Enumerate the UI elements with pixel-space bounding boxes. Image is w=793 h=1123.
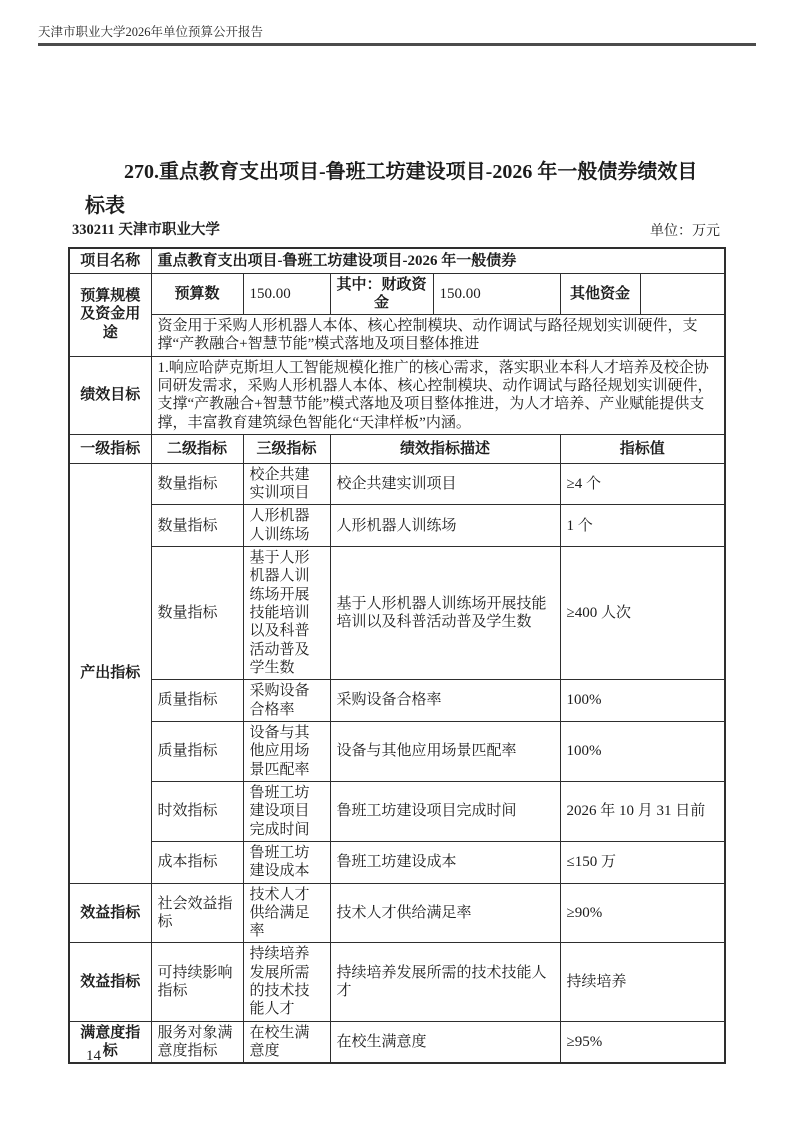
header-level3: 三级指标 bbox=[243, 434, 330, 463]
budget-section-label: 预算规模及资金用途 bbox=[69, 273, 151, 356]
level3-indicator-cell: 人形机器人训练场 bbox=[243, 505, 330, 547]
level3-indicator-cell: 采购设备合格率 bbox=[243, 680, 330, 722]
usage-row: 资金用于采购人形机器人本体、核心控制模块、动作调试与路径规划实训硬件，支撑“产教… bbox=[69, 315, 725, 357]
level2-indicator-cell: 社会效益指标 bbox=[151, 883, 243, 943]
other-funds-value bbox=[640, 273, 725, 315]
indicator-desc-cell: 设备与其他应用场景匹配率 bbox=[330, 722, 560, 782]
indicator-row: 数量指标基于人形机器人训练场开展技能培训以及科普活动普及学生数基于人形机器人训练… bbox=[69, 547, 725, 680]
level1-indicator-cell: 效益指标 bbox=[69, 943, 151, 1021]
report-page: 天津市职业大学2026年单位预算公开报告 270.重点教育支出项目-鲁班工坊建设… bbox=[0, 0, 793, 1123]
budget-row: 预算规模及资金用途 预算数 150.00 其中：财政资金 150.00 其他资金 bbox=[69, 273, 725, 315]
indicator-row: 满意度指标服务对象满意度指标在校生满意度在校生满意度≥95% bbox=[69, 1021, 725, 1063]
level3-indicator-cell: 鲁班工坊建设项目完成时间 bbox=[243, 782, 330, 842]
header-rule bbox=[38, 43, 756, 46]
indicator-value-cell: ≥95% bbox=[560, 1021, 725, 1063]
indicator-row: 质量指标设备与其他应用场景匹配率设备与其他应用场景匹配率100% bbox=[69, 722, 725, 782]
indicator-desc-cell: 校企共建实训项目 bbox=[330, 463, 560, 505]
indicator-value-cell: ≤150 万 bbox=[560, 841, 725, 883]
level1-indicator-cell: 满意度指标 bbox=[69, 1021, 151, 1063]
budget-value: 150.00 bbox=[243, 273, 330, 315]
level2-indicator-cell: 数量指标 bbox=[151, 547, 243, 680]
indicator-value-cell: 2026 年 10 月 31 日前 bbox=[560, 782, 725, 842]
indicator-desc-cell: 采购设备合格率 bbox=[330, 680, 560, 722]
indicator-value-cell: 100% bbox=[560, 722, 725, 782]
indicator-header-row: 一级指标 二级指标 三级指标 绩效指标描述 指标值 bbox=[69, 434, 725, 463]
indicator-row: 时效指标鲁班工坊建设项目完成时间鲁班工坊建设项目完成时间2026 年 10 月 … bbox=[69, 782, 725, 842]
level1-indicator-cell: 产出指标 bbox=[69, 463, 151, 883]
level3-indicator-cell: 技术人才供给满足率 bbox=[243, 883, 330, 943]
fiscal-funds-value: 150.00 bbox=[433, 273, 560, 315]
level2-indicator-cell: 服务对象满意度指标 bbox=[151, 1021, 243, 1063]
level3-indicator-cell: 持续培养发展所需的技术技能人才 bbox=[243, 943, 330, 1021]
header-level1: 一级指标 bbox=[69, 434, 151, 463]
level2-indicator-cell: 质量指标 bbox=[151, 680, 243, 722]
header-level2: 二级指标 bbox=[151, 434, 243, 463]
goal-text: 1.响应哈萨克斯坦人工智能规模化推广的核心需求，落实职业本科人才培养及校企协同研… bbox=[151, 356, 725, 434]
indicator-row: 产出指标数量指标校企共建实训项目校企共建实训项目≥4 个 bbox=[69, 463, 725, 505]
indicator-value-cell: ≥90% bbox=[560, 883, 725, 943]
indicator-value-cell: ≥4 个 bbox=[560, 463, 725, 505]
project-name-label: 项目名称 bbox=[69, 248, 151, 273]
fiscal-funds-label: 其中：财政资金 bbox=[330, 273, 433, 315]
unit-label: 单位：万元 bbox=[650, 220, 720, 240]
level2-indicator-cell: 成本指标 bbox=[151, 841, 243, 883]
budget-label: 预算数 bbox=[151, 273, 243, 315]
goal-row: 绩效目标 1.响应哈萨克斯坦人工智能规模化推广的核心需求，落实职业本科人才培养及… bbox=[69, 356, 725, 434]
level3-indicator-cell: 设备与其他应用场景匹配率 bbox=[243, 722, 330, 782]
page-number: 14 bbox=[86, 1048, 101, 1065]
level2-indicator-cell: 数量指标 bbox=[151, 505, 243, 547]
indicator-row: 质量指标采购设备合格率采购设备合格率100% bbox=[69, 680, 725, 722]
goal-label: 绩效目标 bbox=[69, 356, 151, 434]
indicator-row: 效益指标可持续影响指标持续培养发展所需的技术技能人才持续培养发展所需的技术技能人… bbox=[69, 943, 725, 1021]
document-header-text: 天津市职业大学2026年单位预算公开报告 bbox=[38, 22, 263, 40]
project-name-value: 重点教育支出项目-鲁班工坊建设项目-2026 年一般债券 bbox=[151, 248, 725, 273]
level3-indicator-cell: 鲁班工坊建设成本 bbox=[243, 841, 330, 883]
project-name-row: 项目名称 重点教育支出项目-鲁班工坊建设项目-2026 年一般债券 bbox=[69, 248, 725, 273]
level2-indicator-cell: 可持续影响指标 bbox=[151, 943, 243, 1021]
header-desc: 绩效指标描述 bbox=[330, 434, 560, 463]
indicator-value-cell: 100% bbox=[560, 680, 725, 722]
indicator-desc-cell: 持续培养发展所需的技术技能人才 bbox=[330, 943, 560, 1021]
indicator-row: 成本指标鲁班工坊建设成本鲁班工坊建设成本≤150 万 bbox=[69, 841, 725, 883]
indicator-desc-cell: 鲁班工坊建设项目完成时间 bbox=[330, 782, 560, 842]
indicator-value-cell: 持续培养 bbox=[560, 943, 725, 1021]
level3-indicator-cell: 在校生满意度 bbox=[243, 1021, 330, 1063]
header-value: 指标值 bbox=[560, 434, 725, 463]
indicator-desc-cell: 鲁班工坊建设成本 bbox=[330, 841, 560, 883]
indicator-row: 数量指标人形机器人训练场人形机器人训练场1 个 bbox=[69, 505, 725, 547]
performance-target-table: 项目名称 重点教育支出项目-鲁班工坊建设项目-2026 年一般债券 预算规模及资… bbox=[68, 247, 726, 1064]
level1-indicator-cell: 效益指标 bbox=[69, 883, 151, 943]
indicator-row: 效益指标社会效益指标技术人才供给满足率技术人才供给满足率≥90% bbox=[69, 883, 725, 943]
level2-indicator-cell: 数量指标 bbox=[151, 463, 243, 505]
indicator-desc-cell: 基于人形机器人训练场开展技能培训以及科普活动普及学生数 bbox=[330, 547, 560, 680]
report-title-line2: 标表 bbox=[85, 189, 125, 218]
indicator-desc-cell: 人形机器人训练场 bbox=[330, 505, 560, 547]
indicator-desc-cell: 技术人才供给满足率 bbox=[330, 883, 560, 943]
indicator-desc-cell: 在校生满意度 bbox=[330, 1021, 560, 1063]
level2-indicator-cell: 时效指标 bbox=[151, 782, 243, 842]
level2-indicator-cell: 质量指标 bbox=[151, 722, 243, 782]
indicator-value-cell: 1 个 bbox=[560, 505, 725, 547]
other-funds-label: 其他资金 bbox=[560, 273, 640, 315]
report-title-line1: 270.重点教育支出项目-鲁班工坊建设项目-2026 年一般债券绩效目 bbox=[124, 155, 697, 184]
usage-text: 资金用于采购人形机器人本体、核心控制模块、动作调试与路径规划实训硬件，支撑“产教… bbox=[151, 315, 725, 357]
indicator-value-cell: ≥400 人次 bbox=[560, 547, 725, 680]
level3-indicator-cell: 校企共建实训项目 bbox=[243, 463, 330, 505]
level3-indicator-cell: 基于人形机器人训练场开展技能培训以及科普活动普及学生数 bbox=[243, 547, 330, 680]
org-code-name: 330211 天津市职业大学 bbox=[72, 218, 220, 239]
